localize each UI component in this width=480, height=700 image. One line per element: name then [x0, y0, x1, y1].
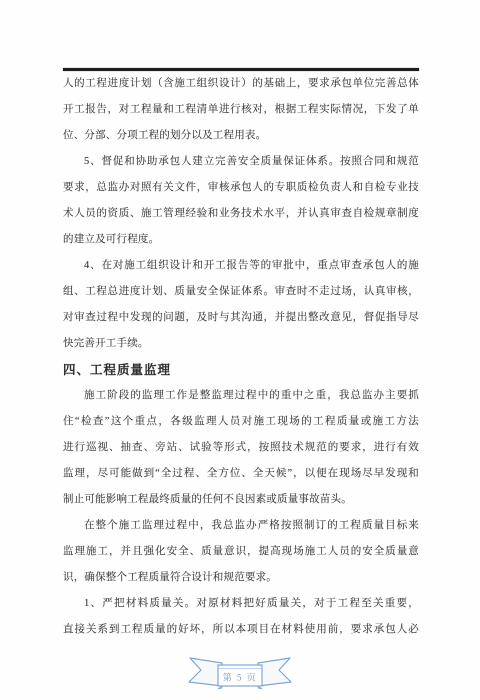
text-line: 在整个施工监理过程中，我总监办严格按照制订的工程质量目标来: [63, 513, 419, 539]
text-line: 监理，尽可能做到“全过程、全方位、全天候”，以便在现场尽早发现和: [63, 461, 419, 487]
page-number-label: 第 5 页: [223, 672, 258, 683]
text-line: 人的工程进度计划（含施工组织设计）的基础上，要求承包单位完善总体: [63, 71, 419, 97]
text-line: 位、分部、分项工程的划分以及工程用表。: [63, 123, 419, 149]
text-line: 5、督促和协助承包人建立完善安全质量保证体系。按照合同和规范: [63, 149, 419, 175]
text-line: 制止可能影响工程最终质量的任何不良因素或质量事故苗头。: [63, 487, 419, 513]
text-line: 1、严把材料质量关。对原材料把好质量关，对于工程至关重要，: [63, 591, 419, 617]
text-line: 的建立及可行程度。: [63, 227, 419, 253]
text-line: 要求，总监办对照有关文件，审核承包人的专职质检负责人和自检专业技: [63, 175, 419, 201]
page-footer: 第 5 页: [0, 653, 480, 697]
document-body: 人的工程进度计划（含施工组织设计）的基础上，要求承包单位完善总体 开工报告，对工…: [63, 71, 419, 643]
text-line: 术人员的资质、施工管理经验和业务技术水平，并认真审查自检规章制度: [63, 201, 419, 227]
text-line: 监理施工，并且强化安全、质量意识，提高现场施工人员的安全质量意: [63, 539, 419, 565]
text-line: 4、在对施工组织设计和开工报告等的审批中，重点审查承包人的施: [63, 253, 419, 279]
text-line: 施工阶段的监理工作是整监理过程中的重中之重，我总监办主要抓: [63, 383, 419, 409]
text-line: 住“检查”这个重点，各级监理人员对施工现场的工程质量或施工方法: [63, 409, 419, 435]
text-line: 识，确保整个工程质量符合设计和规范要求。: [63, 565, 419, 591]
document-page: 人的工程进度计划（含施工组织设计）的基础上，要求承包单位完善总体 开工报告，对工…: [0, 0, 480, 700]
text-line: 组、工程总进度计划、质量安全保证体系。审查时不走过场，认真审核，: [63, 279, 419, 305]
section-heading: 四、工程质量监理: [63, 357, 419, 383]
page-number-ribbon-icon: 第 5 页: [185, 653, 295, 697]
text-line: 对审查过程中发现的问题，及时与其沟通，并提出整改意见，督促指导尽: [63, 305, 419, 331]
text-line: 直接关系到工程质量的好坏，所以本项目在材料使用前，要求承包人必: [63, 617, 419, 643]
text-line: 快完善开工手续。: [63, 331, 419, 357]
text-line: 开工报告，对工程量和工程清单进行核对，根据工程实际情况，下发了单: [63, 97, 419, 123]
text-line: 进行巡视、抽查、旁站、试验等形式，按照技术规范的要求，进行有效: [63, 435, 419, 461]
